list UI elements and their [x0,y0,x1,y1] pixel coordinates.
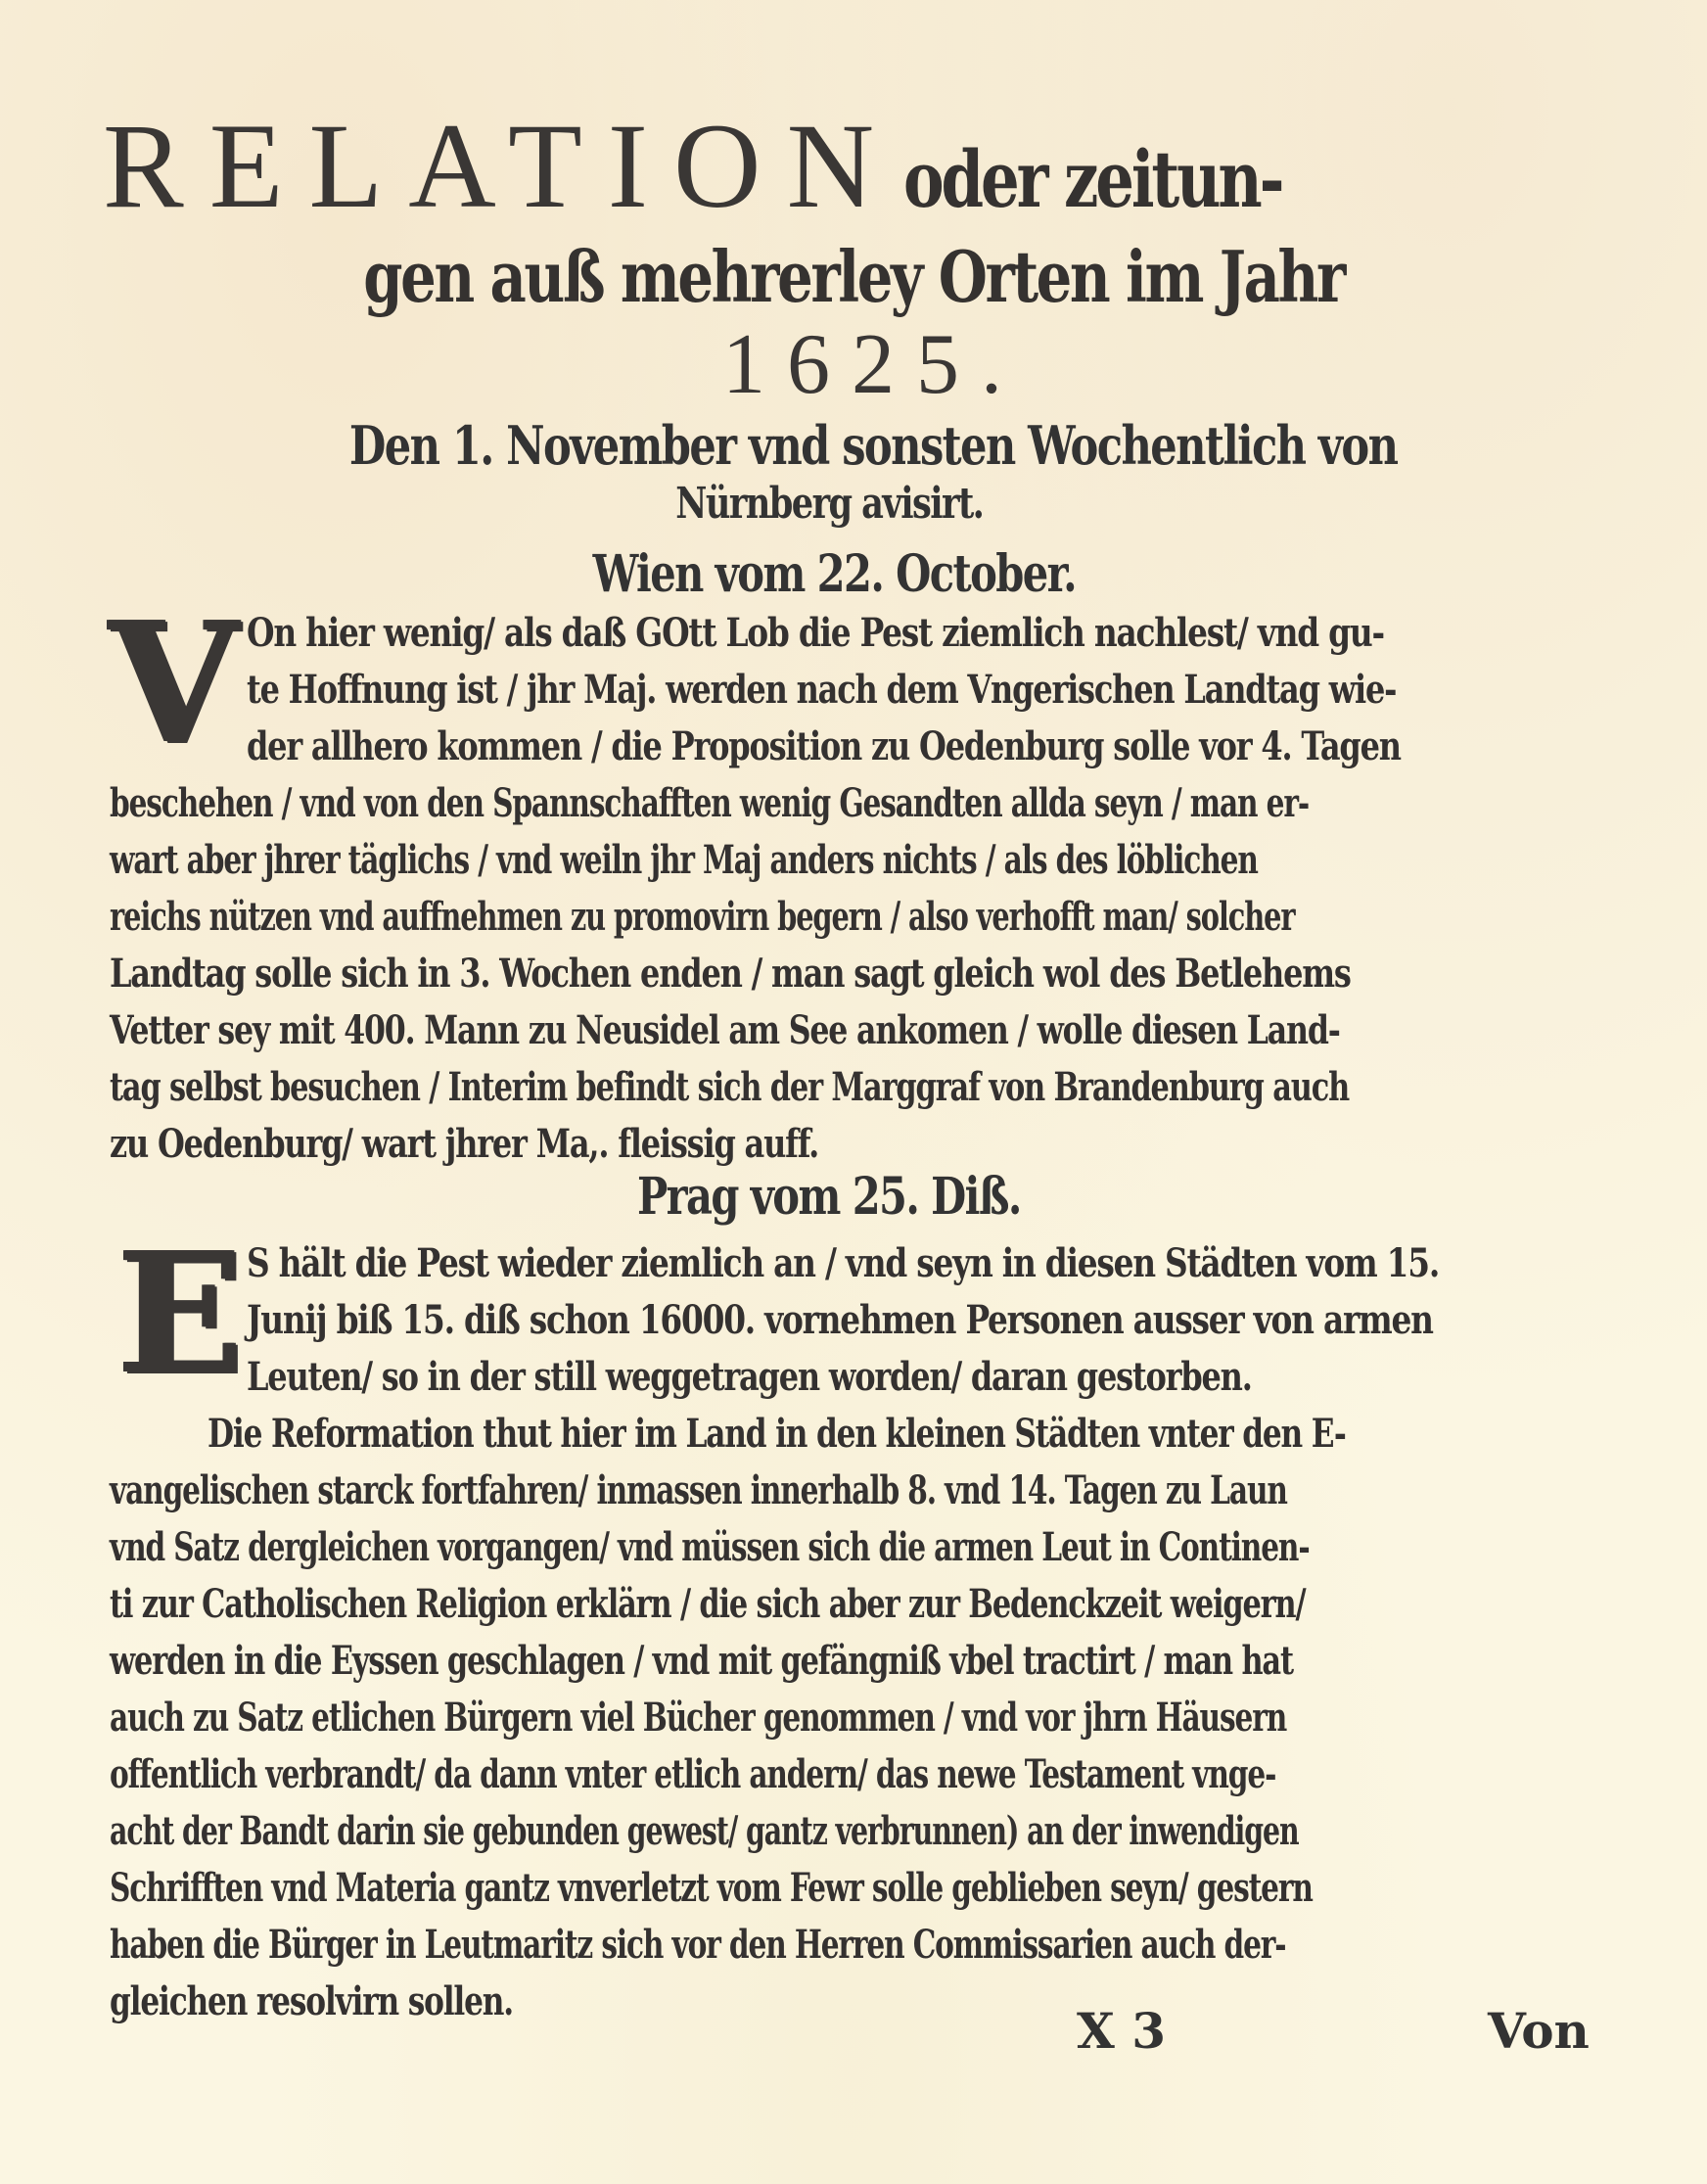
masthead-title-line2: gen auß mehrerley Orten im Jahr [0,233,1707,321]
catchword: Von [1488,2002,1590,2060]
text-line: offentlich verbrandt/ da dann vnter etli… [110,1746,1685,1803]
text-line: te Hoffnung ist / jhr Maj. werden nach d… [247,662,1684,719]
text-line: gleichen resolvirn sollen. [110,1974,626,2030]
text-line: vnd Satz dergleichen vorgangen/ vnd müss… [110,1519,1707,1576]
text-line: auch zu Satz etlichen Bürgern viel Büche… [110,1690,1699,1746]
text-line: S hält die Pest wieder ziemlich an / vnd… [247,1235,1700,1292]
subtitle-1-text: Den 1. November vnd sonsten Wochentlich … [349,411,1398,480]
newspaper-page: RELATIONoder zeitun- gen auß mehrerley O… [0,0,1707,2184]
heading-wien-text: Wien vom 22. October. [592,540,1075,609]
masthead-year: 1625. [20,321,1707,409]
text-line: werden in die Eyssen geschlagen / vnd mi… [110,1633,1667,1690]
text-line: Junij biß 15. diß schon 16000. vornehmen… [247,1292,1693,1349]
drop-cap-initial-e: E [117,1235,245,1392]
text-line: On hier wenig/ als daß GOtt Lob die Pest… [247,605,1634,662]
text-line: tag selbst besuchen / Interim befindt si… [110,1059,1707,1116]
heading-prag-text: Prag vom 25. Diß. [637,1163,1021,1231]
title-blackletter-part1: oder zeitun- [903,111,1281,248]
masthead-subtitle-1: Den 1. November vnd sonsten Wochentlich … [20,411,1707,480]
text-line: haben die Bürger in Leutmaritz sich vor … [110,1917,1699,1974]
masthead-subtitle-2: Nürnberg avisirt. [0,475,1683,534]
drop-cap-initial-v: V [110,605,239,762]
text-line: beschehen / vnd von den Spannschafften w… [110,775,1707,832]
text-line: Die Reformation thut hier im Land in den… [208,1406,1667,1463]
title-relation: RELATION [103,99,900,233]
text-line: Landtag solle sich in 3. Wochen enden / … [110,946,1661,1002]
text-line: Leuten/ so in der still weggetragen word… [247,1349,1502,1406]
text-line: der allhero kommen / die Proposition zu … [247,719,1689,775]
text-line: wart aber jhrer täglichs / vnd weiln jhr… [110,832,1661,889]
signature-mark: X 3 [1077,2002,1166,2060]
text-line: Vetter sey mit 400. Mann zu Neusidel am … [110,1002,1667,1059]
section-heading-prag: Prag vom 25. Diß. [0,1163,1683,1231]
text-line: ti zur Catholischen Religion erklärn / d… [110,1576,1683,1633]
text-line: reichs nützen vnd auffnehmen zu promovir… [110,889,1707,946]
text-line: acht der Bandt darin sie gebunden gewest… [110,1803,1707,1860]
text-line: Schrifften vnd Materia gantz vnverletzt … [110,1860,1707,1917]
subtitle-2-text: Nürnberg avisirt. [675,475,983,534]
title-line2-text: gen auß mehrerley Orten im Jahr [363,233,1344,321]
section-heading-wien: Wien vom 22. October. [0,540,1687,609]
text-line: vangelischen starck fortfahren/ inmassen… [110,1463,1700,1519]
masthead-title: RELATIONoder zeitun- [103,98,1630,235]
